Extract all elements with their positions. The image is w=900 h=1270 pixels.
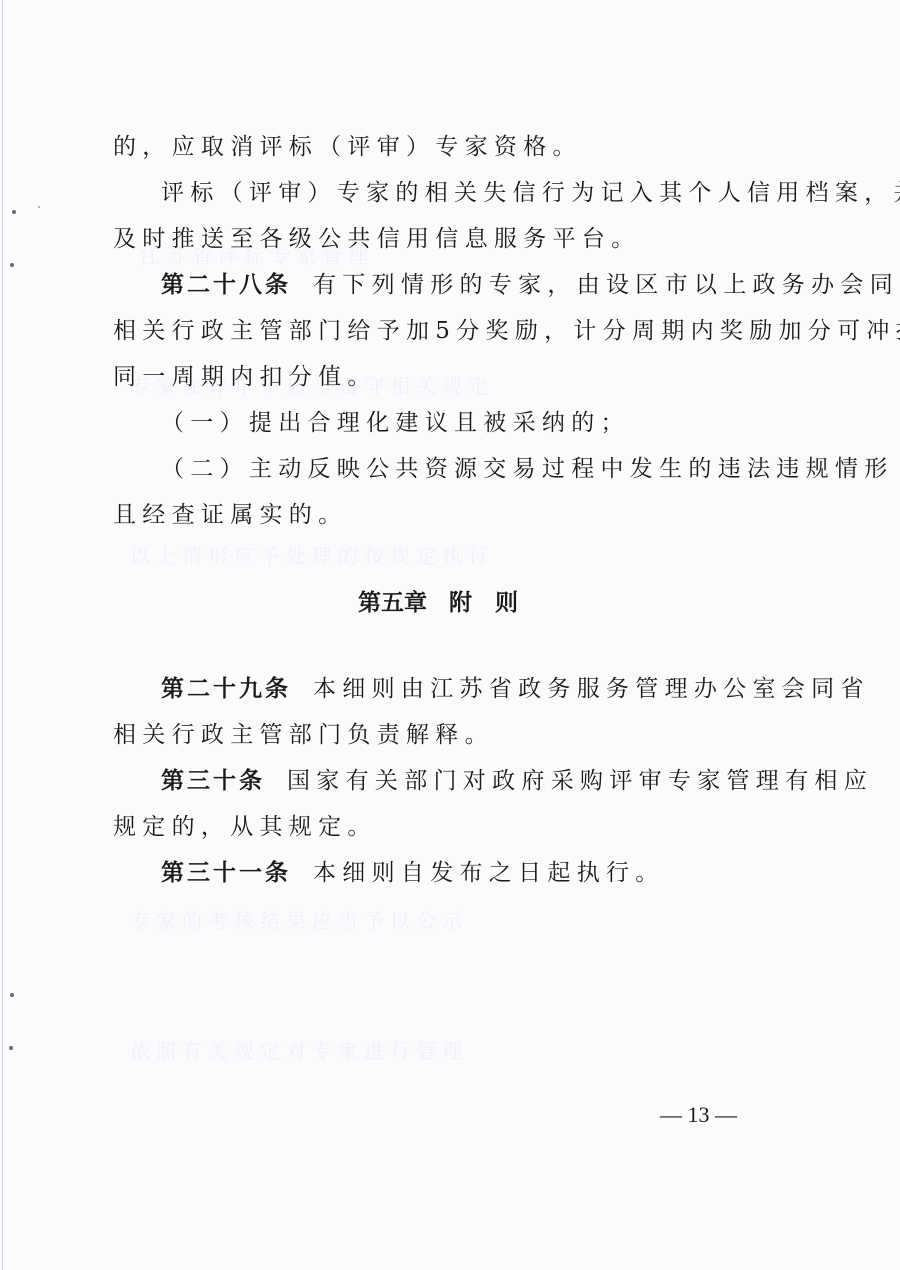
article-29-heading: 第二十九条: [161, 676, 291, 702]
paragraph-text: 国家有关部门对政府采购评审专家管理有相应: [287, 768, 873, 794]
article-28-first-line: 第二十八条有下列情形的专家，由设区市以上政务办会同: [161, 262, 899, 308]
article-29-first-line: 第二十九条本细则由江苏省政务服务管理办公室会同省: [161, 666, 870, 712]
article-28-heading: 第二十八条: [161, 272, 291, 298]
article-30-heading: 第三十条: [161, 768, 265, 794]
list-item-2: （二）主动反映公共资源交易过程中发生的违法违规情形: [161, 446, 894, 492]
paragraph-line: 评标（评审）专家的相关失信行为记入其个人信用档案，并: [161, 170, 900, 216]
page-number: — 13 —: [660, 1102, 737, 1128]
paragraph-line: 的，应取消评标（评审）专家资格。: [113, 124, 582, 170]
scan-speck: [10, 263, 14, 267]
scan-page-edge: [2, 0, 3, 1270]
paragraph-line: 相关行政主管部门负责解释。: [113, 712, 494, 758]
paragraph-text: 本细则自发布之日起执行。: [313, 860, 665, 886]
bleed-through-text: 专家的考核结果应当予以公示: [130, 905, 468, 934]
paragraph-line: 及时推送至各级公共信用信息服务平台。: [113, 216, 640, 262]
chapter-number: 第五章: [358, 590, 427, 616]
bleed-through-text: 以上情形应予处理的按规定执行: [130, 540, 494, 569]
paragraph-text: 有下列情形的专家，由设区市以上政务办会同: [313, 272, 899, 298]
chapter-title: 附 则: [449, 590, 518, 616]
article-31-first-line: 第三十一条本细则自发布之日起执行。: [161, 850, 665, 896]
paragraph-line: 相关行政主管部门给予加5分奖励，计分周期内奖励加分可冲抵: [113, 308, 900, 354]
paragraph-line: 同一周期内扣分值。: [113, 354, 377, 400]
list-item-1: （一）提出合理化建议且被采纳的；: [161, 400, 630, 446]
paragraph-line: 规定的，从其规定。: [113, 804, 377, 850]
scan-speck: [9, 1046, 13, 1050]
article-31-heading: 第三十一条: [161, 860, 291, 886]
bleed-through-text: 依照有关规定对专家进行管理: [130, 1035, 468, 1064]
scan-speck: [10, 993, 14, 997]
chapter-heading: 第五章附 则: [113, 580, 763, 626]
article-30-first-line: 第三十条国家有关部门对政府采购评审专家管理有相应: [161, 758, 873, 804]
paragraph-text: 本细则由江苏省政务服务管理办公室会同省: [313, 676, 870, 702]
paragraph-line: 且经查证属实的。: [113, 492, 347, 538]
scan-speck: [12, 210, 16, 214]
scan-speck: [38, 206, 40, 208]
